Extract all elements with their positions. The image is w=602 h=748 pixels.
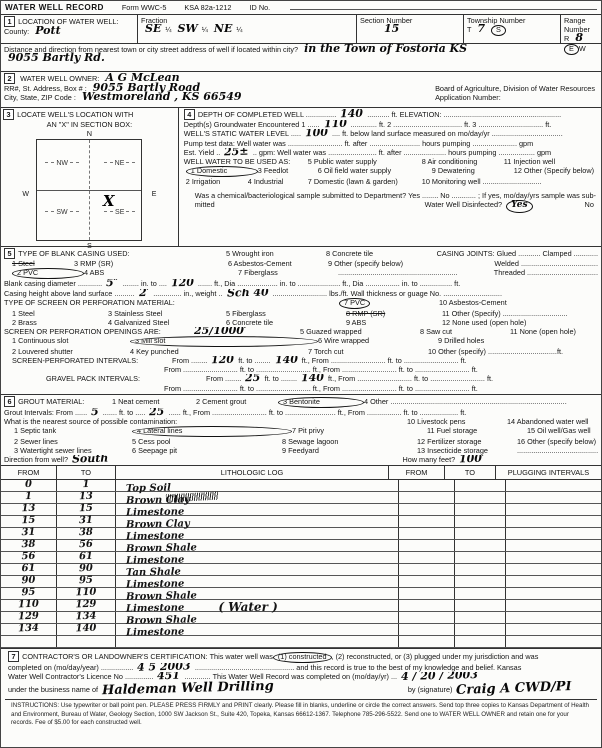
casing-weight-label: .............. in., weight .. — [153, 289, 222, 298]
grout-interval-from: 5 — [91, 408, 99, 417]
use-option: 2 Irrigation — [186, 177, 248, 186]
certification-text-2: , (2) reconstructed, or (3) plugged unde… — [332, 652, 539, 661]
to-label: ft. to ........ — [265, 374, 297, 383]
direction-label: Direction from well? — [4, 455, 68, 464]
openings-row-3: 2 Louvered shutter4 Key punched7 Torch c… — [1, 347, 601, 356]
casing-option: 1 Steel — [12, 259, 74, 268]
section-7-certification: 7 CONTRACTOR'S OR LANDOWNER'S CERTIFICAT… — [1, 648, 601, 727]
instructions-line-3: records. Fee of $5.00 for each construct… — [11, 719, 591, 727]
openings-option: 3 Mill slot — [130, 336, 318, 347]
screen-material-option: 5 Fiberglass — [226, 309, 346, 318]
quadrant-nw: NW — [43, 160, 81, 169]
gravel-intervals-line-2: From ........................... ft. to … — [1, 384, 601, 393]
casing-height-label: Casing height above land surface .......… — [4, 289, 135, 298]
contamination-option: 12 Fertilizer storage — [417, 437, 517, 446]
elevation-label: ........... ft. ELEVATION: .............… — [367, 110, 561, 119]
county-value: Pott — [35, 24, 60, 37]
direction-value: South — [72, 455, 109, 464]
chem-sample-question-2: mitted — [195, 200, 215, 209]
casing-row-2: 1 Steel3 RMP (SR)6 Asbestos-Cement9 Othe… — [1, 259, 601, 268]
est-yield-value: 25± — [224, 148, 249, 157]
lithologic-log-table: FROM TO LITHOLOGIC LOG FROM TO PLUGGING … — [1, 465, 601, 648]
casing-option: 7 Fiberglass — [238, 268, 338, 279]
screen-material-option: 1 Steel — [12, 309, 108, 318]
well-water-use-label: WELL WATER TO BE USED AS: — [184, 157, 308, 166]
section-5-casing: 5TYPE OF BLANK CASING USED: 5 Wrought ir… — [1, 246, 601, 393]
pump-test-line: Pump test data: Well water was .........… — [181, 139, 599, 148]
groundwater-depth-1: 110 — [324, 120, 347, 129]
casing-option: 2 PVC — [12, 268, 84, 279]
grout-row: 6GROUT MATERIAL: 1 Neat cement2 Cement g… — [1, 396, 601, 408]
screen-material-option: 11 Other (Specify) .....................… — [442, 309, 568, 318]
contamination-option: ........................................… — [517, 446, 598, 455]
fraction-2: SW — [177, 22, 197, 35]
static-level-value: 100 — [305, 129, 328, 138]
openings-option: 8 Saw cut — [420, 327, 510, 336]
section-box-vertical-line — [89, 140, 90, 240]
section-4-well-data: 4 DEPTH OF COMPLETED WELL ..............… — [179, 108, 601, 246]
screen-material-option: 3 Stainless Steel — [108, 309, 226, 318]
interval-blank-line: From ........................... ft. to … — [164, 384, 478, 393]
screen-material-option-10: 10 Asbestos-Cement — [439, 298, 507, 307]
township-direction: S — [491, 25, 506, 36]
contamination-option: 5 Cess pool — [132, 437, 282, 446]
screen-interval-from: 120 — [211, 356, 234, 365]
section-7-number: 7 — [8, 651, 19, 662]
grout-option: 2 Cement grout — [196, 397, 278, 408]
contamination-row-3: 2 Sewer lines5 Cess pool8 Sewage lagoon1… — [1, 437, 601, 446]
screen-interval-to: 140 — [275, 356, 298, 365]
compass-north: N — [3, 129, 176, 138]
water-well-record-form: WATER WELL RECORD Form WWC-5 KSA 82a-121… — [0, 0, 602, 748]
screen-material-title: TYPE OF SCREEN OR PERFORATION MATERIAL: — [4, 298, 339, 307]
casing-option: 3 RMP (SR) — [74, 259, 228, 268]
township-cell: Township Number T 7 S — [464, 15, 561, 43]
est-yield-label-2: .. gpm: Well water was .................… — [253, 148, 551, 157]
screen-intervals-label: SCREEN-PERFORATED INTERVALS: — [4, 356, 172, 365]
casing-diameter-value: 5″ — [106, 279, 119, 288]
casing-option: 8 Concrete tile — [326, 249, 437, 258]
constructed-choice: (1) constructed — [273, 652, 332, 663]
section-box-diagram: NW NE SW SE X — [36, 139, 142, 241]
contamination-row-1: What is the nearest source of possible c… — [1, 417, 601, 426]
use-option: 11 Injection well — [504, 157, 555, 166]
log-header-from-2: FROM — [389, 466, 445, 479]
casing-diameter-label-3: ....... ft., Dia .................... in… — [198, 279, 460, 288]
contamination-option: 10 Livestock pens — [407, 417, 507, 426]
section-2-owner: 2 WATER WELL OWNER: A G McLean RR#, St. … — [1, 71, 601, 107]
certification-text-3: ........................................… — [195, 663, 521, 672]
quadrant-ne: NE — [102, 160, 138, 169]
contamination-option: 7 Pit privy — [292, 426, 427, 437]
compass-east: E — [152, 191, 157, 200]
quarter-mark: ¼ — [165, 25, 171, 34]
casing-option: 5 Wrought iron — [226, 249, 326, 258]
openings-option: 1 Continuous slot — [12, 336, 130, 347]
casing-joints-label: CASING JOINTS: Glued ........... Clamped… — [437, 249, 598, 258]
fraction-1: SE — [145, 22, 161, 35]
contamination-option: 16 Other (specify below) — [517, 437, 596, 446]
grout-intervals-label-3: ...... ft., From .......................… — [169, 408, 467, 417]
openings-title: SCREEN OR PERFORATION OPENINGS ARE: — [4, 327, 190, 336]
use-option: 7 Domestic (lawn & garden) — [308, 177, 422, 186]
section-number-label: Section Number — [360, 16, 460, 25]
section-number-cell: Section Number 15 — [357, 15, 464, 43]
openings-option: 6 Wire wrapped — [318, 336, 438, 347]
section-5-title: TYPE OF BLANK CASING USED: — [18, 249, 130, 258]
well-location-x-mark: X — [103, 192, 115, 211]
gravel-interval-to: 140 — [301, 374, 324, 383]
use-option: 4 Industrial — [248, 177, 308, 186]
id-number-blank — [290, 9, 597, 10]
depth-completed-value: 140 — [340, 110, 363, 119]
fraction-label: Fraction — [141, 16, 353, 25]
screen-material-row-2: 1 Steel3 Stainless Steel5 Fiberglass8 RM… — [1, 309, 601, 318]
screen-material-option: 4 Galvanized Steel — [108, 318, 226, 327]
use-option: 12 Other (Specify below) — [514, 166, 594, 177]
quarter-mark: ¼ — [202, 25, 208, 34]
log-row — [1, 636, 601, 648]
township-value: 7 — [477, 22, 485, 35]
disinfected-no: No — [585, 200, 594, 209]
range-value: 8 — [575, 31, 583, 44]
log-header-plugging: PLUGGING INTERVALS — [496, 466, 601, 479]
contamination-option: 6 Seepage pit — [132, 446, 282, 455]
license-number: 451 — [157, 672, 180, 681]
township-t: T — [467, 25, 471, 34]
use-option: 6 Oil field water supply — [318, 166, 432, 177]
openings-option: 9 Drilled holes — [438, 336, 484, 347]
screen-material-option: 8 RMP (SR) — [346, 309, 442, 318]
distance-block: Distance and direction from nearest town… — [1, 43, 601, 71]
openings-option: 7 Torch cut — [308, 347, 428, 356]
section-5-number: 5 — [4, 248, 15, 259]
section-3-title-1: LOCATE WELL'S LOCATION WITH — [17, 110, 133, 119]
business-name-label: under the business name of — [8, 685, 98, 694]
interval-tail: ft., From ........................... ft… — [302, 356, 467, 365]
board-of-agriculture-label: Board of Agriculture, Division of Water … — [435, 84, 595, 93]
record-completed-label: ............. This Water Well Record was… — [184, 672, 397, 681]
est-yield-label: Est. Yield .. — [184, 148, 221, 157]
use-option: 1 Domestic — [186, 166, 258, 177]
static-level-label: WELL'S STATIC WATER LEVEL ..... — [184, 129, 301, 138]
compass-west: W — [22, 191, 29, 200]
screen-intervals-line-2: From ........................... ft. to … — [1, 365, 601, 374]
casing-row-1: 5TYPE OF BLANK CASING USED: 5 Wrought ir… — [1, 248, 601, 259]
openings-option: 10 Other (specify) .....................… — [428, 347, 563, 356]
license-label: Water Well Contractor's Licence No .....… — [8, 672, 153, 681]
contractor-signature: Craig A CWD/PI — [456, 682, 572, 696]
record-completed-date: 4 / 20 / 2003 — [401, 672, 478, 681]
section-6-title: GROUT MATERIAL: — [18, 397, 84, 406]
signature-label: by (signature) — [408, 685, 453, 694]
range-direction-east: E — [564, 44, 579, 55]
contamination-option: 8 Sewage lagoon — [282, 437, 417, 446]
openings-title-row: SCREEN OR PERFORATION OPENINGS ARE: 25/1… — [1, 327, 601, 336]
section-4-number: 4 — [184, 109, 195, 120]
ksa-statute: KSA 82a-1212 — [184, 3, 231, 12]
id-number-label: ID No. — [250, 3, 271, 12]
contamination-row-4: 3 Watertight sewer lines6 Seepage pit9 F… — [1, 446, 601, 455]
use-row-3: 2 Irrigation4 Industrial7 Domestic (lawn… — [181, 177, 599, 186]
from-label: From ........ — [172, 356, 207, 365]
quadrant-sw: SW — [43, 209, 80, 218]
from-label: From ........ — [206, 374, 241, 383]
disinfected-yes: Yes — [506, 200, 532, 213]
log-header-from: FROM — [1, 466, 57, 479]
range-r: R — [564, 34, 569, 43]
screen-material-pvc: 7 PVC — [339, 298, 370, 309]
disinfected-label: Water Well Disinfected? — [425, 200, 502, 209]
grout-option: 1 Neat cement — [112, 397, 196, 408]
casing-option: 9 Other (specify below) — [328, 259, 448, 268]
section-6-number: 6 — [4, 396, 15, 407]
owner-city-label: City, State, ZIP Code : — [4, 93, 76, 102]
owner-address-label: RR#, St. Address, Box # : — [4, 84, 87, 93]
casing-depth-value: 120 — [171, 279, 194, 288]
grout-intervals-label-2: ....... ft. to ..... — [103, 408, 146, 417]
contamination-option: 13 Insecticide storage — [417, 446, 517, 455]
instructions-block: INSTRUCTIONS: Use typewriter or ball poi… — [5, 699, 597, 727]
contamination-option: 14 Abandoned water well — [507, 417, 589, 426]
gravel-interval-from: 25 — [245, 374, 261, 383]
grout-option: 3 Bentonite — [278, 397, 364, 408]
instructions-line-2: and Environment, Bureau of Water, Geolog… — [11, 711, 591, 719]
feet-label: How many feet? — [402, 455, 455, 464]
completed-on-label: completed on (mo/day/year) .............… — [8, 663, 133, 672]
use-option: 3 Feedlot — [258, 166, 318, 177]
casing-diameter-label: Blank casing diameter ............ — [4, 279, 102, 288]
groundwater-label: Depth(s) Groundwater Encountered 1 .....… — [184, 120, 320, 129]
grout-intervals-label: Grout Intervals: From ...... — [4, 408, 87, 417]
direction-row: Direction from well? South How many feet… — [1, 455, 601, 464]
casing-row-3: 2 PVC4 ABS7 Fiberglass..................… — [1, 268, 601, 279]
section-3-number: 3 — [3, 109, 14, 120]
screen-material-option: 6 Concrete tile — [226, 318, 346, 327]
casing-option: 4 ABS — [84, 268, 238, 279]
fraction-cell: Fraction SE¼ SW¼ NE¼ — [138, 15, 357, 43]
depth-completed-label: DEPTH OF COMPLETED WELL ............... — [198, 110, 336, 119]
contamination-row-2: 1 Septic tank4 Lateral lines7 Pit privy1… — [1, 426, 601, 437]
owner-city: Westmoreland , KS 66549 — [82, 90, 242, 103]
section-3-4-region: 3LOCATE WELL'S LOCATION WITH AN "X" IN S… — [1, 107, 601, 246]
grout-interval-to: 25 — [149, 408, 165, 417]
section-1-title: LOCATION OF WATER WELL: — [18, 17, 118, 26]
quarter-mark: ¼ — [236, 25, 242, 34]
section-3-location-box: 3LOCATE WELL'S LOCATION WITH AN "X" IN S… — [1, 108, 179, 246]
section-2-number: 2 — [4, 73, 15, 84]
grout-option: 4 Other ................................… — [364, 397, 567, 408]
contamination-option: 11 Fuel storage — [427, 426, 527, 437]
range-direction-west: W — [579, 44, 586, 53]
interval-tail: ft., From ........................... ft… — [328, 374, 493, 383]
form-header: WATER WELL RECORD Form WWC-5 KSA 82a-121… — [1, 1, 601, 14]
business-name: Haldeman Well Drilling — [102, 682, 274, 697]
openings-row-2: 1 Continuous slot3 Mill slot6 Wire wrapp… — [1, 336, 601, 347]
section-1-number: 1 — [4, 16, 15, 27]
use-option: 10 Monitoring well .....................… — [422, 177, 542, 186]
form-title: WATER WELL RECORD — [5, 3, 104, 13]
casing-option: 6 Asbestos-Cement — [228, 259, 328, 268]
casing-weight-label-2: ........................... lbs./ft. Wal… — [272, 289, 502, 298]
threaded-label: Threaded ...............................… — [494, 268, 598, 277]
completion-date: 4 5 2003 — [137, 663, 191, 672]
screen-material-option: 2 Brass — [12, 318, 108, 327]
use-option: 5 Public water supply — [308, 157, 422, 166]
screen-material-row-3: 2 Brass4 Galvanized Steel6 Concrete tile… — [1, 318, 601, 327]
section-3-title-2: AN "X" IN SECTION BOX: — [3, 120, 176, 129]
use-row-2: 1 Domestic3 Feedlot6 Oil field water sup… — [181, 166, 599, 177]
log-header-lithologic: LITHOLOGIC LOG — [116, 466, 389, 479]
groundwater-label-2: ............. ft. 2 ....................… — [351, 120, 552, 129]
log-header-to: TO — [57, 466, 116, 479]
openings-option: 2 Louvered shutter — [12, 347, 130, 356]
log-row: 134 140 Limestone — [1, 624, 601, 636]
gravel-intervals-line-1: GRAVEL PACK INTERVALS: From ........ 25 … — [1, 374, 601, 383]
casing-option: ........................................… — [338, 268, 458, 279]
county-cell: 1LOCATION OF WATER WELL: County: Pott — [1, 15, 138, 43]
feet-value: 100′ — [459, 455, 485, 464]
use-option: 9 Dewatering — [432, 166, 514, 177]
fraction-3: NE — [214, 22, 232, 35]
screen-material-title-row: TYPE OF SCREEN OR PERFORATION MATERIAL: … — [1, 298, 601, 309]
contamination-label: What is the nearest source of possible c… — [4, 417, 407, 426]
gravel-intervals-label: GRAVEL PACK INTERVALS: — [4, 374, 206, 383]
section-number-value: 15 — [384, 22, 399, 35]
openings-slot-size: 25/1000′ — [194, 327, 247, 336]
certification-text-1: CONTRACTOR'S OR LANDOWNER'S CERTIFICATIO… — [22, 652, 273, 661]
casing-diameter-label-2: ........ in. to .... — [123, 279, 167, 288]
distance-value: in the Town of Fostoria KS — [304, 42, 467, 55]
chem-sample-question: Was a chemical/bacteriological sample su… — [181, 191, 599, 200]
contamination-option: 3 Watertight sewer lines — [14, 446, 132, 455]
welded-label: Welded .................................… — [494, 259, 598, 268]
contamination-option: 4 Lateral lines — [132, 426, 292, 437]
screen-material-option: 9 ABS — [346, 318, 442, 327]
log-body: 0 1 Top Soil 1 13 Brown Clay 13 15 Limes… — [1, 480, 601, 648]
disinfected-line: mitted Water Well Disinfected? Yes No — [181, 200, 599, 213]
use-row-1: WELL WATER TO BE USED AS: 5 Public water… — [181, 157, 599, 166]
contamination-option: 1 Septic tank — [14, 426, 132, 437]
well-street-address: 9055 Bartly Rd. — [8, 51, 105, 64]
use-option: 8 Air conditioning — [422, 157, 504, 166]
contamination-option: 15 Oil well/Gas well — [527, 426, 591, 437]
contamination-option: 2 Sewer lines — [14, 437, 132, 446]
instructions-line-1: INSTRUCTIONS: Use typewriter or ball poi… — [11, 702, 591, 710]
to-label: ft. to ........ — [238, 356, 270, 365]
section-1-location: 1LOCATION OF WATER WELL: County: Pott Fr… — [1, 14, 601, 43]
casing-height-value: 2′ — [139, 289, 150, 298]
interval-blank-line: From ........................... ft. to … — [164, 365, 478, 374]
openings-option: 4 Key punched — [130, 347, 308, 356]
static-level-label-2: .... ft. below land surface measured on … — [332, 129, 563, 138]
openings-option: 11 None (open hole) — [510, 327, 576, 336]
screen-intervals-line-1: SCREEN-PERFORATED INTERVALS: From ......… — [1, 356, 601, 365]
form-number: Form WWC-5 — [122, 3, 167, 12]
log-header-row: FROM TO LITHOLOGIC LOG FROM TO PLUGGING … — [1, 466, 601, 480]
casing-weight-value: Sch 40 — [226, 289, 268, 298]
log-header-to-2: TO — [445, 466, 496, 479]
range-cell: Range Number R 8 EW — [561, 15, 601, 43]
section-6-grout: 6GROUT MATERIAL: 1 Neat cement2 Cement g… — [1, 394, 601, 466]
contamination-option: 9 Feedyard — [282, 446, 417, 455]
section-2-title: WATER WELL OWNER: — [20, 74, 99, 83]
application-number-label: Application Number: — [435, 93, 501, 102]
screen-material-option: 12 None used (open hole) — [442, 318, 526, 327]
openings-option: 5 Guazed wrapped — [300, 327, 420, 336]
county-label: County: — [4, 27, 29, 36]
